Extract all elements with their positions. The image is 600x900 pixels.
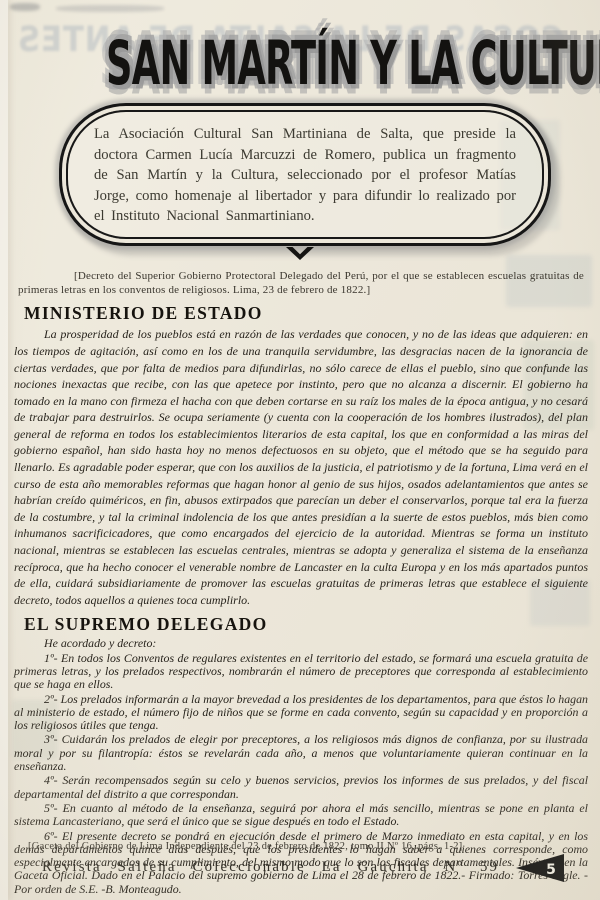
masthead: SAN MARTÍN Y LA CULTURA bbox=[0, 34, 600, 108]
decree-item-2: 2º- Los prelados informarán a la mayor b… bbox=[14, 693, 588, 733]
intro-text: La Asociación Cultural San Martiniana de… bbox=[94, 124, 516, 227]
ministerio-body: La prosperidad de los pueblos está en ra… bbox=[14, 326, 588, 608]
scan-smudge bbox=[56, 5, 164, 12]
decree-item-5: 5º- En cuanto al método de la enseñanza,… bbox=[14, 802, 588, 829]
gaceta-citation: [Gaceta del Gobierno de Lima Independien… bbox=[28, 841, 463, 852]
article-title: SAN MARTÍN Y LA CULTURA bbox=[106, 30, 600, 101]
section-heading-ministerio: MINISTERIO DE ESTADO bbox=[24, 303, 600, 324]
footer: Revista Salteña Coleccionable La Gauchit… bbox=[0, 857, 600, 891]
scan-smudge bbox=[10, 3, 40, 11]
magazine-title-line: Revista Salteña Coleccionable La Gauchit… bbox=[42, 859, 499, 876]
down-chevron-icon bbox=[0, 246, 600, 262]
scanned-magazine-page: COSAS DE LA SALTA DE ANTES SAN MARTÍN Y … bbox=[0, 0, 600, 900]
page-number: 5 bbox=[546, 862, 556, 878]
intro-box: La Asociación Cultural San Martiniana de… bbox=[66, 110, 544, 239]
decree-item-4: 4º- Serán recompensados según su celo y … bbox=[14, 774, 588, 801]
decree-lead: He acordado y decreto: bbox=[14, 637, 588, 650]
page-number-marker: 5 bbox=[514, 851, 566, 885]
section-heading-delegado: EL SUPREMO DELEGADO bbox=[24, 614, 600, 635]
decree-item-3: 3º- Cuidarán los prelados de elegir por … bbox=[14, 733, 588, 773]
decree-item-1: 1º- En todos los Conventos de regulares … bbox=[14, 652, 588, 692]
decree-source-note: [Decreto del Superior Gobierno Protector… bbox=[18, 269, 584, 298]
